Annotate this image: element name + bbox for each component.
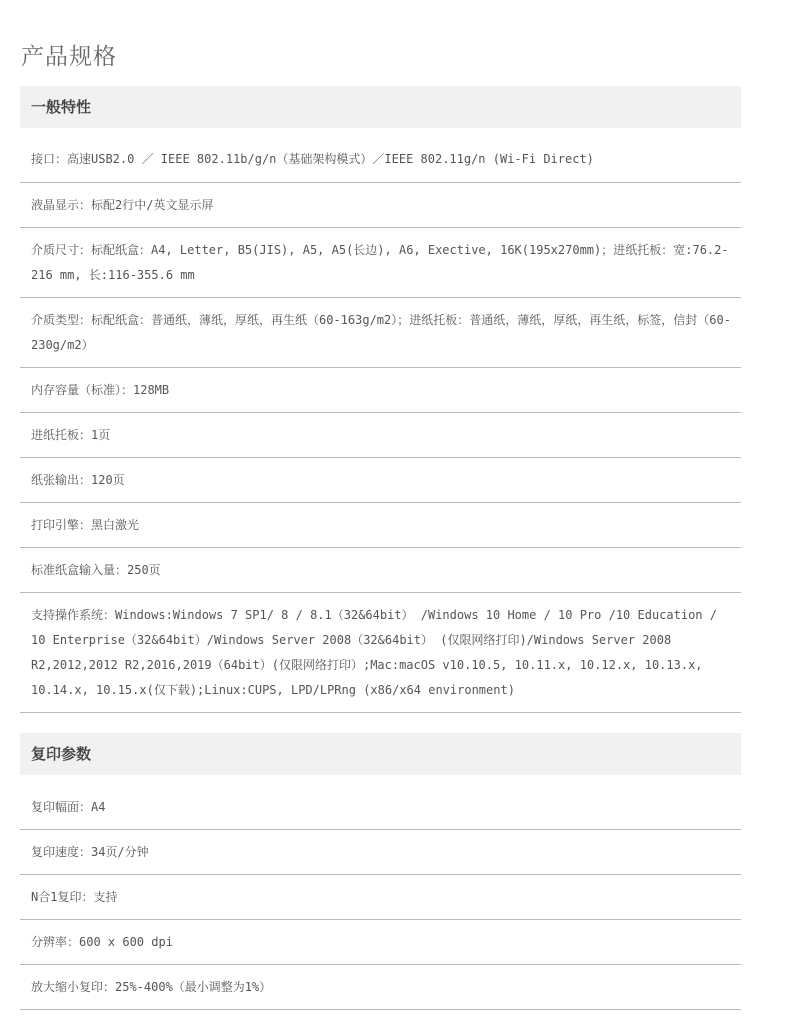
spec-text: 接口：高速USB2.0 ／ IEEE 802.11b/g/n（基础架构模式）／I… [31, 147, 594, 172]
spec-text: 介质尺寸：标配纸盒：A4, Letter, B5(JIS), A5, A5(长边… [31, 238, 731, 288]
spec-row-tray-capacity: 标准纸盒输入量：250页 [20, 548, 741, 593]
section-header-general: 一般特性 [20, 86, 741, 128]
spec-row-zoom: 放大缩小复印：25%-400%（最小调整为1%） [20, 965, 741, 1010]
spec-row-feed-tray: 进纸托板：1页 [20, 413, 741, 458]
spec-row-print-engine: 打印引擎：黑白激光 [20, 503, 741, 548]
spec-row-media-size: 介质尺寸：标配纸盒：A4, Letter, B5(JIS), A5, A5(长边… [20, 228, 741, 298]
spec-row-interface: 接口：高速USB2.0 ／ IEEE 802.11b/g/n（基础架构模式）／I… [20, 137, 741, 183]
spec-row-os-support: 支持操作系统：Windows:Windows 7 SP1/ 8 / 8.1（32… [20, 593, 741, 713]
spec-row-paper-output: 纸张输出：120页 [20, 458, 741, 503]
spec-row-media-type: 介质类型：标配纸盒：普通纸，薄纸，厚纸，再生纸（60-163g/m2）；进纸托板… [20, 298, 741, 368]
spec-text: 内存容量（标准）：128MB [31, 378, 169, 403]
spec-text: 放大缩小复印：25%-400%（最小调整为1%） [31, 975, 271, 1000]
spec-row-memory: 内存容量（标准）：128MB [20, 368, 741, 413]
spec-row-copy-size: 复印幅面：A4 [20, 785, 741, 830]
spec-text: 复印幅面：A4 [31, 795, 105, 820]
spec-text: 介质类型：标配纸盒：普通纸，薄纸，厚纸，再生纸（60-163g/m2）；进纸托板… [31, 308, 731, 358]
spec-text: N合1复印：支持 [31, 885, 117, 910]
spec-row-resolution: 分辨率：600 x 600 dpi [20, 920, 741, 965]
spec-text: 纸张输出：120页 [31, 468, 125, 493]
spec-text: 标准纸盒输入量：250页 [31, 558, 161, 583]
spec-text: 支持操作系统：Windows:Windows 7 SP1/ 8 / 8.1（32… [31, 603, 731, 703]
spec-row-n-in-1: N合1复印：支持 [20, 875, 741, 920]
spec-text: 液晶显示：标配2行中/英文显示屏 [31, 193, 213, 218]
section-header-copy: 复印参数 [20, 733, 741, 775]
spec-text: 打印引擎：黑白激光 [31, 513, 139, 538]
page-title: 产品规格 [21, 38, 117, 71]
spec-text: 复印速度：34页/分钟 [31, 840, 149, 865]
spec-text: 分辨率：600 x 600 dpi [31, 930, 173, 955]
spec-row-copy-speed: 复印速度：34页/分钟 [20, 830, 741, 875]
spec-row-lcd: 液晶显示：标配2行中/英文显示屏 [20, 183, 741, 228]
spec-text: 进纸托板：1页 [31, 423, 110, 448]
